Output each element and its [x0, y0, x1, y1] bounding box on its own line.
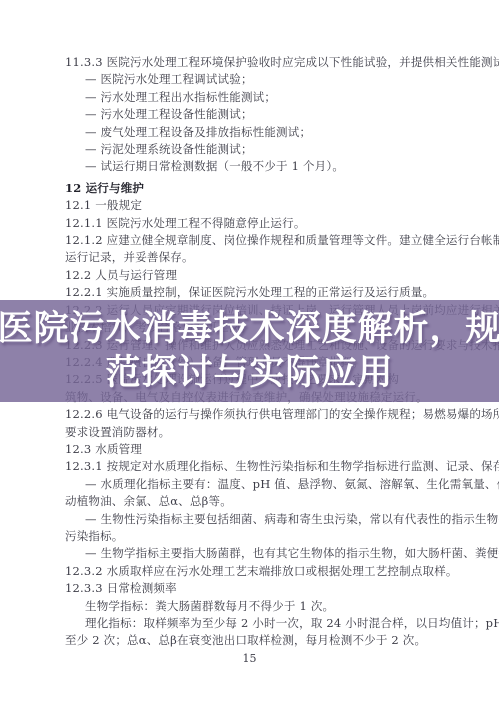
doc-line: 12.1.1 医院污水处理工程不得随意停止运行。 — [65, 215, 449, 232]
doc-line: 理化指标：取样频率为至少每 2 小时一次，取 24 小时混合样，以日均值计；pH… — [65, 615, 449, 632]
doc-line: 12.1.2 应建立健全规章制度、岗位操作规程和质量管理等文件。建立健全运行台帐… — [65, 232, 449, 249]
doc-line: 12.3.2 水质取样应在污水处理工艺末端排放口或根据处理工艺控制点取样。 — [65, 563, 449, 580]
doc-line: — 试运行期日常检测数据（一般不少于 1 个月）。 — [65, 158, 449, 175]
doc-line: 污染指标。 — [65, 528, 449, 545]
doc-line: 生物学指标：粪大肠菌群数每月不得少于 1 次。 — [65, 598, 449, 615]
doc-line: 12.3.1 按规定对水质理化指标、生物性污染指标和生物学指标进行监测、记录、保… — [65, 458, 449, 475]
doc-line: — 污泥处理系统设备性能测试； — [65, 141, 449, 158]
doc-line: — 水质理化指标主要有：温度、pH 值、悬浮物、氨氮、溶解氧、生化需氧量、化学需… — [65, 476, 449, 493]
doc-line: 至少 2 次；总α、总β在衰变池出口取样检测，每月检测不少于 2 次。 — [65, 632, 449, 649]
doc-line: — 污水处理工程设备性能测试； — [65, 106, 449, 123]
doc-line: 动植物油、余氯、总α、总β等。 — [65, 493, 449, 510]
doc-line: 12.1 一般规定 — [65, 197, 449, 214]
doc-line: 12.3 水质管理 — [65, 441, 449, 458]
doc-line: 12 运行与维护 — [65, 180, 449, 197]
doc-line: — 医院污水处理工程调试试验； — [65, 71, 449, 88]
doc-line: 运行记录，并妥善保存。 — [65, 249, 449, 266]
doc-line: — 生物性污染指标主要包括细菌、病毒和寄生虫污染，常以有代表性的指示生物作为生物… — [65, 511, 449, 528]
doc-line: 12.2.6 电气设备的运行与操作须执行供电管理部门的安全操作规程；易燃易爆的场… — [65, 406, 449, 423]
doc-line: 要求设置消防器材。 — [65, 424, 449, 441]
doc-line: 12.3.3 日常检测频率 — [65, 580, 449, 597]
doc-line: — 污水处理工程出水指标性能测试； — [65, 89, 449, 106]
banner-title-line-1: 医院污水消毒技术深度解析，规 — [0, 307, 499, 351]
doc-line: 11.3.3 医院污水处理工程环境保护验收时应完成以下性能试验，并提供相关性能测… — [65, 54, 449, 71]
banner-title-line-2: 范探讨与实际应用 — [105, 351, 393, 395]
document-page: 11.3.3 医院污水处理工程环境保护验收时应完成以下性能试验，并提供相关性能测… — [0, 0, 499, 706]
doc-line: — 废气处理工程设备及排放指标性能测试； — [65, 124, 449, 141]
doc-line: 12.2 人员与运行管理 — [65, 267, 449, 284]
doc-line: — 生物学指标主要指大肠菌群，也有其它生物体的指示生物，如大肠杆菌、粪便链球菌等… — [65, 545, 449, 562]
banner-overlay: 医院污水消毒技术深度解析，规 范探讨与实际应用 — [0, 300, 499, 402]
page-number: 15 — [0, 652, 499, 665]
